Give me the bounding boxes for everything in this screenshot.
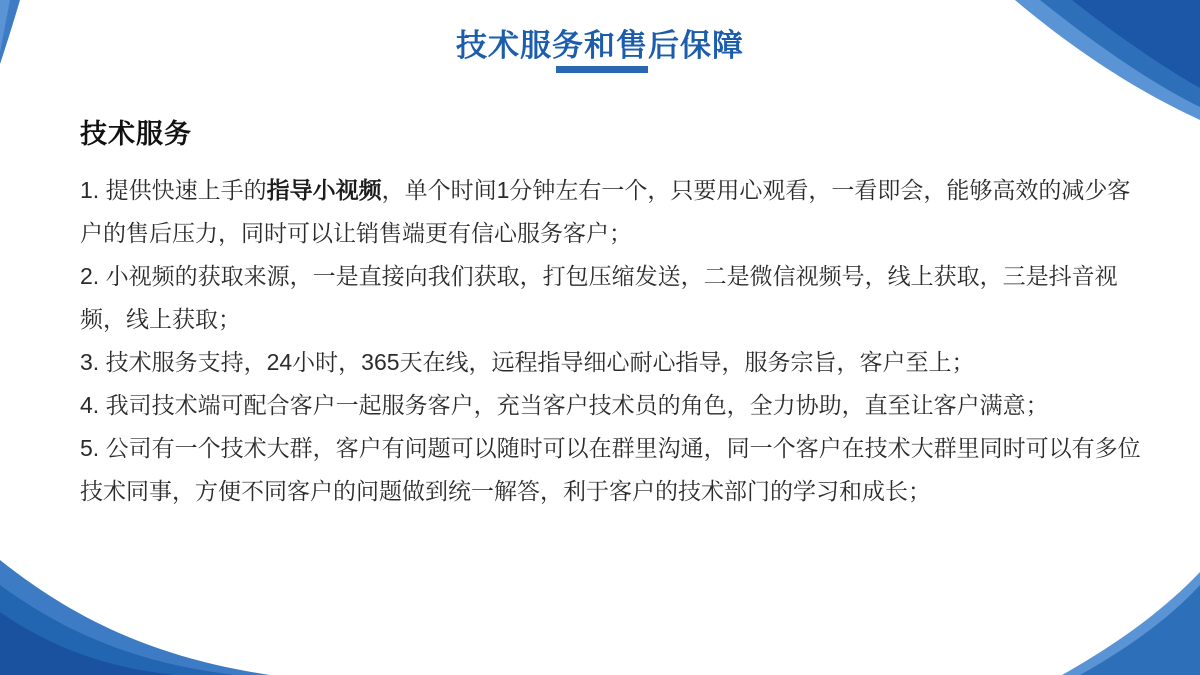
- paragraph-2-text: 2. 小视频的获取来源，一是直接向我们获取，打包压缩发送，二是微信视频号，线上获…: [80, 263, 1118, 332]
- section-heading: 技术服务: [80, 112, 1142, 151]
- corner-swoosh-bottom-right-main: [1080, 585, 1200, 675]
- body-paragraph-3: 3. 技术服务支持，24小时，365天在线，远程指导细心耐心指导，服务宗旨，客户…: [80, 341, 1142, 384]
- body-paragraph-5: 5. 公司有一个技术大群，客户有问题可以随时可以在群里沟通，同一个客户在技术大群…: [80, 427, 1142, 513]
- corner-swoosh-bottom-left-inner: [0, 612, 175, 675]
- paragraph-5-text: 5. 公司有一个技术大群，客户有问题可以随时可以在群里沟通，同一个客户在技术大群…: [80, 435, 1141, 504]
- paragraph-4-text: 4. 我司技术端可配合客户一起服务客户，充当客户技术员的角色，全力协助，直至让客…: [80, 392, 1049, 418]
- body-paragraph-4: 4. 我司技术端可配合客户一起服务客户，充当客户技术员的角色，全力协助，直至让客…: [80, 384, 1142, 427]
- corner-swoosh-bottom-left-mid: [0, 585, 235, 675]
- body-text: 1. 提供快速上手的指导小视频，单个时间1分钟左右一个，只要用心观看，一看即会，…: [80, 169, 1142, 513]
- slide-content: 技术服务 1. 提供快速上手的指导小视频，单个时间1分钟左右一个，只要用心观看，…: [80, 112, 1142, 513]
- paragraph-1-prefix: 1. 提供快速上手的: [80, 177, 267, 203]
- corner-swoosh-bottom-right-rim: [1062, 572, 1200, 675]
- title-underline: [556, 66, 648, 73]
- corner-swoosh-bottom-left-outer: [0, 560, 270, 675]
- paragraph-3-text: 3. 技术服务支持，24小时，365天在线，远程指导细心耐心指导，服务宗旨，客户…: [80, 349, 975, 375]
- body-paragraph-2: 2. 小视频的获取来源，一是直接向我们获取，打包压缩发送，二是微信视频号，线上获…: [80, 255, 1142, 341]
- body-paragraph-1: 1. 提供快速上手的指导小视频，单个时间1分钟左右一个，只要用心观看，一看即会，…: [80, 169, 1142, 255]
- paragraph-1-bold-term: 指导小视频: [267, 177, 382, 203]
- slide-title: 技术服务和售后保障: [0, 20, 1200, 65]
